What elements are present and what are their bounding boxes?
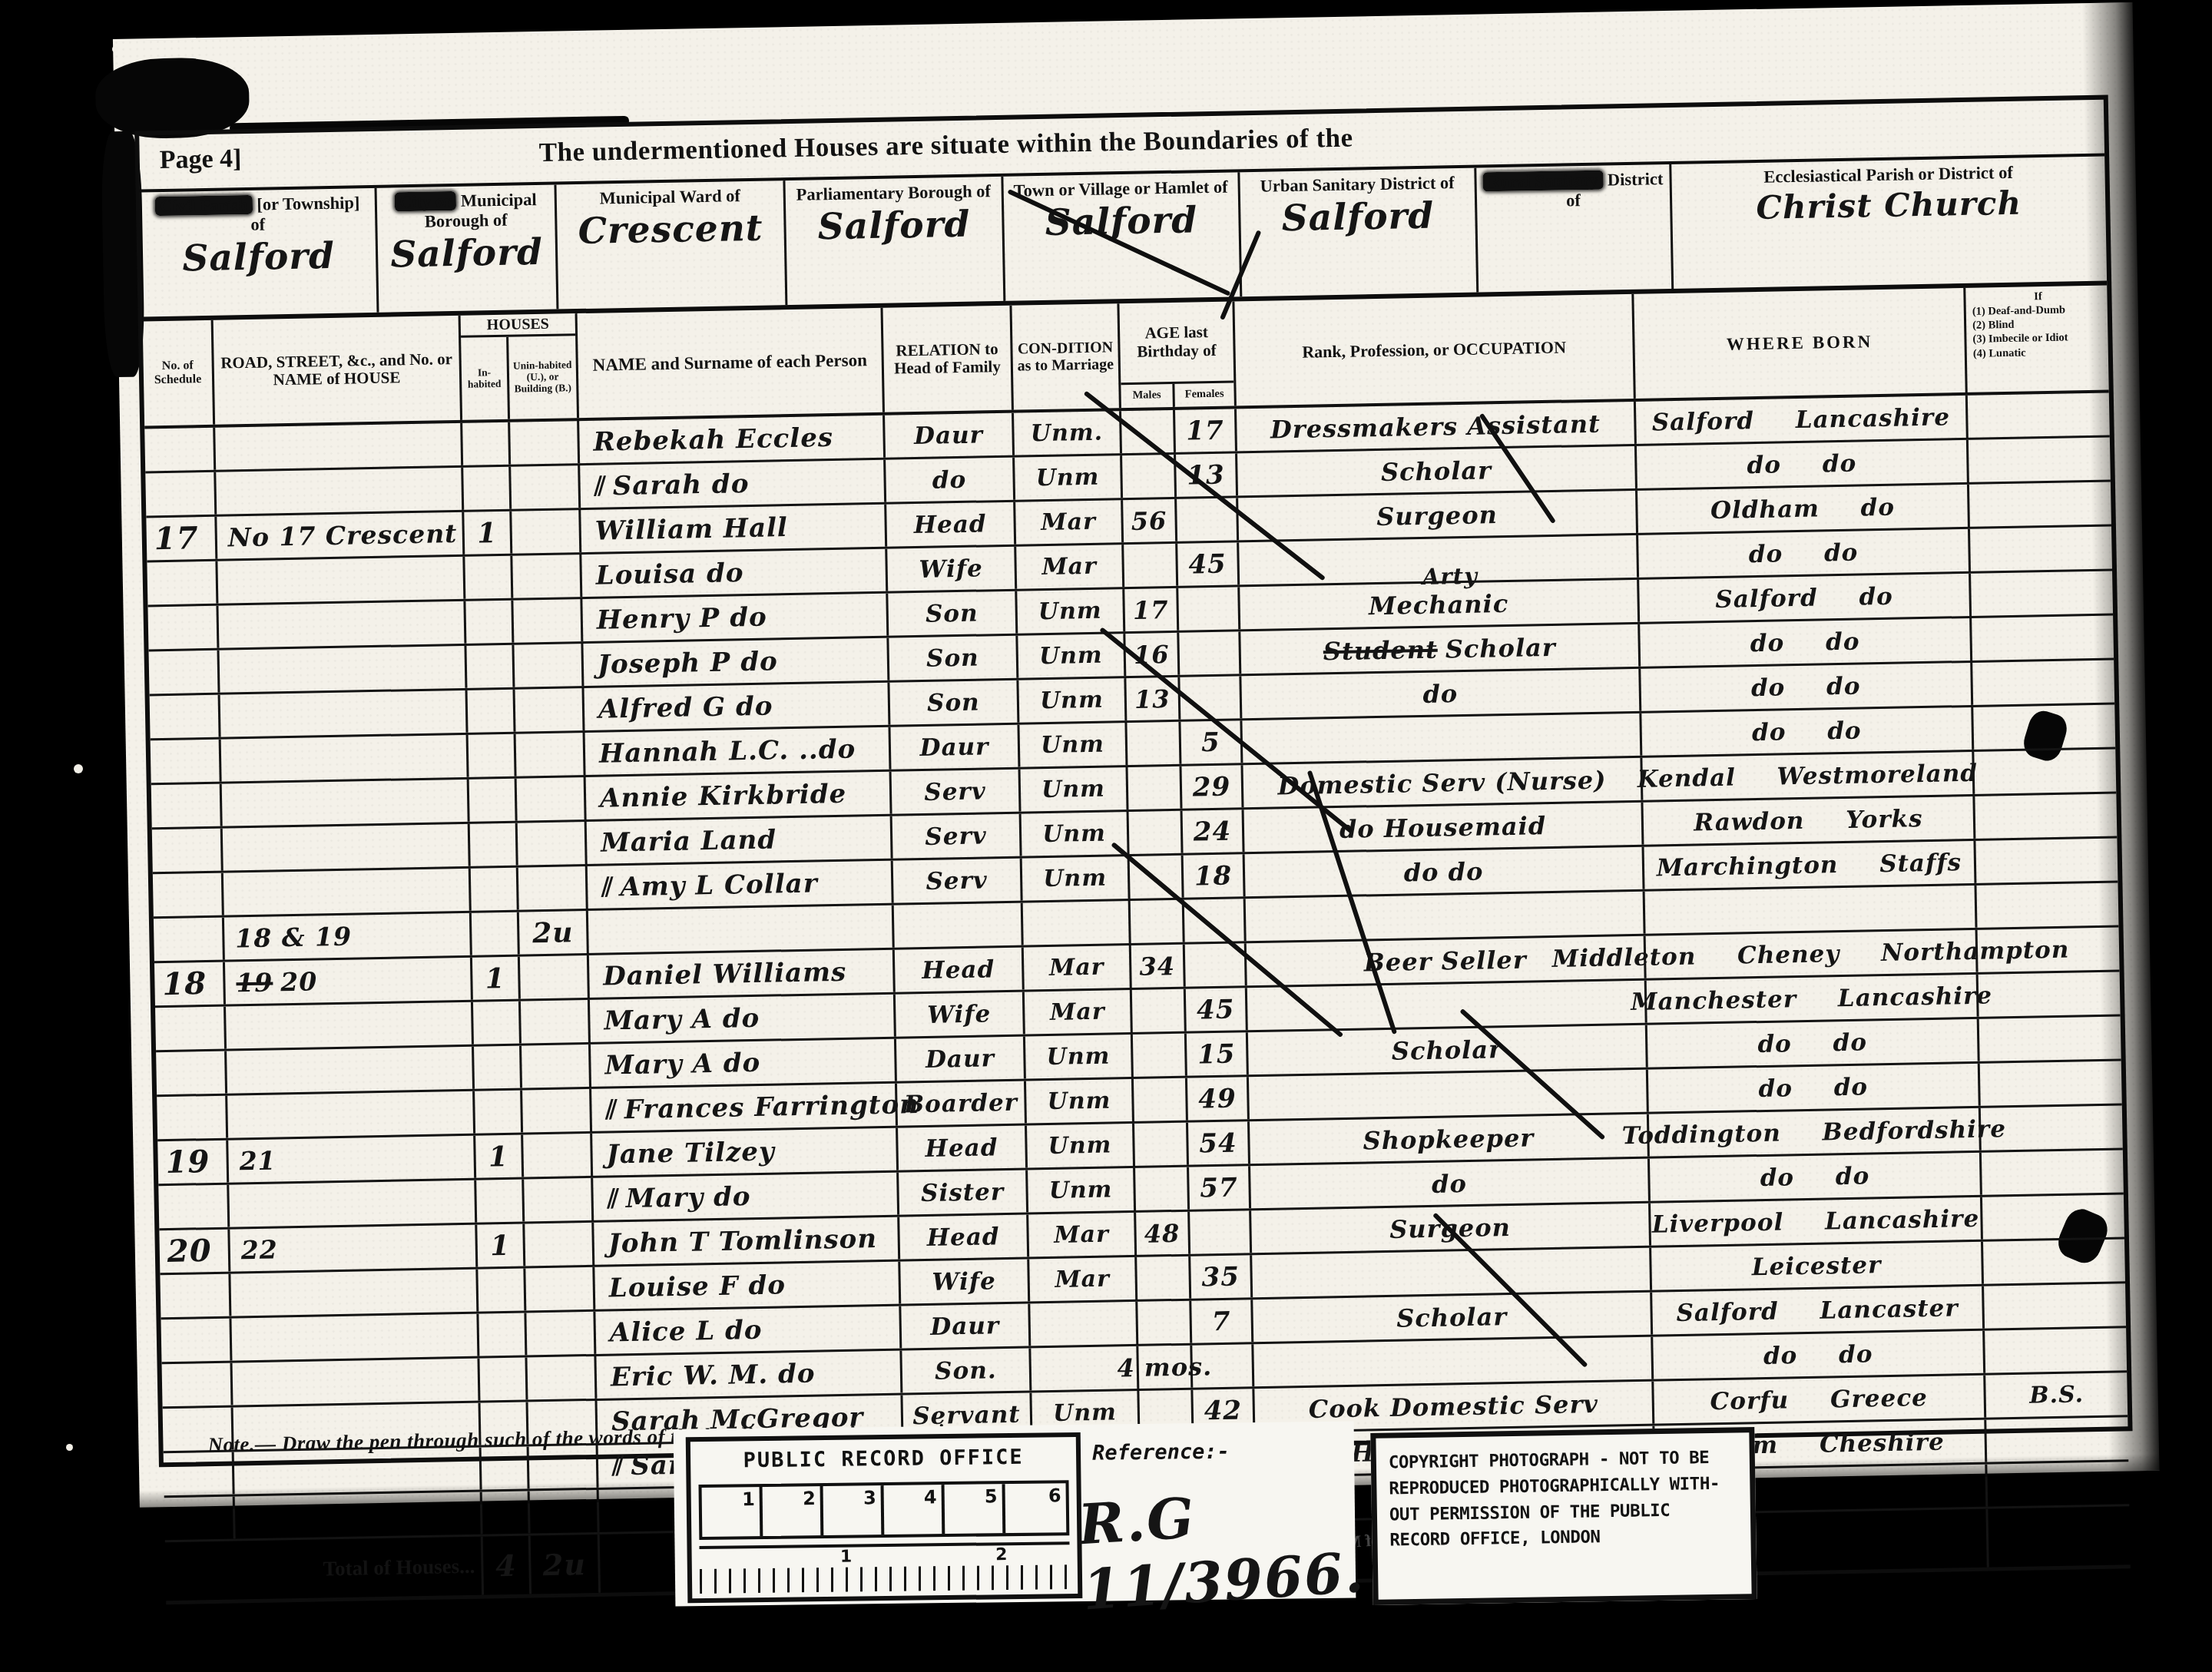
cell-relation: Daur [896, 1037, 1026, 1081]
cell-name: Maria Land [587, 816, 893, 864]
cell-where-born: do do [1647, 1019, 1980, 1068]
cell-name: Eric W. M. do [596, 1351, 902, 1399]
cell-inhabited [478, 1313, 527, 1356]
copyright-stamp-card: COPYRIGHT PHOTOGRAPH - NOT TO BE REPRODU… [1370, 1427, 1757, 1605]
cell-occupation [1242, 713, 1642, 763]
cell-condition: Unm [1026, 1079, 1134, 1124]
header-uninhabited: Unin-habited (U.), or Building (B.) [508, 336, 577, 419]
cell-name: William Hall [581, 505, 887, 552]
cell-road [229, 1180, 477, 1227]
district-cell-town-village: Town or Village or Hamlet of Salford [1003, 172, 1242, 301]
cell-schedule: 17 [146, 517, 217, 561]
cell-schedule: 20 [159, 1230, 230, 1273]
header-name: NAME and Surname of each Person [578, 308, 885, 418]
cell-relation: Boarder [897, 1081, 1027, 1126]
cell-condition: Mar [1016, 545, 1124, 589]
cell-road [227, 1091, 475, 1138]
cell-where-born: Middleton Cheney Northampton [1646, 930, 1979, 978]
cell-road [224, 869, 472, 915]
header-houses: HOUSES In-habited Unin-habited (U.), or … [461, 313, 579, 420]
cell-name: John T Tomlinson [594, 1217, 900, 1265]
cell-uninhabited [516, 733, 586, 776]
cell-occupation [1246, 892, 1646, 942]
cell-occupation: do [1241, 669, 1641, 719]
cell-inhabited [478, 1269, 526, 1312]
cell-where-born [1645, 886, 1978, 934]
cell-where-born: do do [1641, 707, 1974, 756]
cell-inhabited [462, 422, 511, 465]
cell-age-male [1133, 1034, 1187, 1077]
cell-uninhabited [511, 465, 581, 509]
cell-uninhabited [510, 421, 580, 465]
dust-speck [112, 46, 118, 52]
cell-inhabited [479, 1358, 528, 1401]
cell-condition: Unm [1017, 589, 1125, 634]
cell-uninhabited [513, 599, 583, 643]
cell-inhabited: 1 [464, 512, 512, 555]
cell-road [226, 1002, 474, 1049]
cell-relation: Head [895, 948, 1025, 992]
cell-name: Joseph P do [583, 638, 889, 686]
pro-stamp-card: PUBLIC RECORD OFFICE 1 2 3 4 5 6 1 2 Ref… [674, 1422, 1356, 1607]
cell-age-female: 24 [1183, 810, 1245, 853]
cell-where-born: do do [1648, 1064, 1981, 1112]
district-cell-parliamentary-borough: Parliamentary Borough of Salford [785, 177, 1005, 305]
cell-occupation [1253, 1337, 1654, 1387]
cell-relation: Head [886, 502, 1016, 547]
district-cell-civil-parish: Civil Parish [or Township] of Salford [141, 188, 379, 317]
cell-road [216, 468, 464, 515]
cell-uninhabited [522, 1045, 591, 1088]
enumerator-tick: ⫽ [612, 1451, 625, 1482]
cell-where-born: Corfu Greece [1654, 1376, 1986, 1424]
district-value: Salford [384, 230, 550, 276]
cell-road: No 17 Crescent [217, 512, 465, 559]
cell-age-female: 5 [1181, 720, 1243, 763]
cell-inhabited [469, 779, 518, 822]
cell-road [222, 780, 470, 826]
cell-occupation: do Housemaid [1244, 803, 1644, 853]
cell-road: 22 [230, 1225, 478, 1272]
cell-where-born: Liverpool Lancashire [1651, 1197, 1983, 1246]
cell-age-female [1184, 899, 1247, 942]
ruler-centimetres: 1 2 3 4 5 6 [699, 1480, 1070, 1540]
cell-schedule [152, 829, 224, 872]
header-females: Females [1174, 382, 1234, 406]
cell-age-male [1124, 544, 1178, 587]
cell-relation: Head [899, 1215, 1029, 1260]
header-inhabited: In-habited [461, 337, 510, 420]
cell-schedule [151, 784, 223, 828]
enumerator-tick: ⫽ [594, 471, 607, 502]
cell-schedule [149, 651, 220, 694]
ruler-inches: 1 2 [699, 1541, 1070, 1594]
cell-occupation: ArtyMechanic [1240, 580, 1640, 630]
cell-condition: Unm [1028, 1168, 1136, 1213]
cell-schedule [155, 1007, 227, 1051]
cell-name: Jane Tilzey [592, 1128, 899, 1176]
cell-age-male [1131, 900, 1185, 943]
cell-relation: Wife [900, 1260, 1030, 1304]
cell-age-female [1179, 631, 1241, 674]
cell-age-female: 18 [1184, 854, 1246, 897]
cell-relation: Son [888, 591, 1018, 636]
cell-name: Louise F do [594, 1262, 901, 1309]
cell-occupation: Dressmakers Assistant [1237, 402, 1637, 452]
cell-where-born: Manchester Lancashire [1647, 975, 1979, 1023]
page-number-label: Page 4] [159, 144, 241, 175]
cell-road [221, 735, 469, 782]
cell-where-born: Salford do [1639, 574, 1972, 622]
census-form: Page 4] The undermentioned Houses are si… [134, 95, 2132, 1468]
cell-occupation: do do [1245, 847, 1645, 897]
copyright-notice: COPYRIGHT PHOTOGRAPH - NOT TO BE REPRODU… [1376, 1432, 1750, 1554]
cell-schedule [162, 1363, 233, 1407]
cell-age-female: 35 [1190, 1255, 1253, 1298]
cell-condition: Unm [1025, 1035, 1134, 1079]
district-cell-rural-sanitary: Rural Sanitary District of [1476, 164, 1674, 293]
cell-name: Annie Kirkbride [586, 772, 892, 819]
cell-inhabited [473, 1002, 522, 1045]
cell-age-male [1135, 1167, 1190, 1210]
cell-inhabited [471, 868, 519, 911]
cell-road [231, 1314, 479, 1361]
cell-condition: Unm [1027, 1124, 1135, 1168]
cell-schedule [161, 1319, 232, 1362]
cell-name: Mary A do [591, 1039, 897, 1087]
cell-inhabited [474, 1046, 522, 1089]
cell-inhabited: 1 [477, 1224, 525, 1267]
cell-condition: Mar [1029, 1257, 1137, 1302]
cell-age-male [1134, 1123, 1189, 1166]
cell-road [233, 1359, 481, 1405]
cell-inhabited [470, 823, 518, 866]
cell-occupation: Shopkeeper [1250, 1114, 1650, 1164]
cell-road: 18 & 19 [224, 913, 472, 960]
inked-label-part: Civil Parish [155, 195, 253, 216]
cell-name: Rebekah Eccles [579, 416, 886, 463]
header-condition: CON-DITION as to Marriage [1012, 303, 1121, 410]
cell-age-male [1132, 989, 1187, 1032]
cell-schedule [147, 606, 219, 650]
cell-where-born: Kendal Westmoreland [1642, 752, 1975, 800]
cell-where-born: Salford Lancaster [1652, 1286, 1985, 1335]
cell-age-female: 49 [1187, 1077, 1250, 1120]
cell-relation: Wife [887, 547, 1017, 591]
district-value: Salford [147, 234, 370, 280]
cell-age-female [1178, 587, 1240, 630]
cell-age-male [1127, 722, 1181, 765]
cell-inhabited [466, 645, 515, 688]
cell-road [223, 824, 471, 871]
totals-empty-cell [1988, 1506, 2130, 1567]
total-houses-label: Total of Houses... [165, 1537, 484, 1601]
cell-age-female: 45 [1177, 542, 1240, 585]
cell-age-male: 48 [1136, 1212, 1190, 1255]
cell-name: Daniel Williams [589, 950, 896, 998]
cell-relation: do [886, 458, 1015, 502]
reference-number: R.G 11/3966. [1076, 1474, 1366, 1622]
cell-age-male: 34 [1131, 945, 1186, 988]
cell-uninhabited [526, 1312, 596, 1356]
cell-road: 1920 [225, 958, 473, 1005]
dust-speck [74, 764, 83, 773]
cell-schedule [158, 1185, 230, 1229]
cell-relation: Serv [892, 814, 1022, 859]
cell-name: Alfred G do [584, 683, 890, 730]
cell-age-female: 54 [1188, 1121, 1250, 1164]
enumerator-tick: ⫽ [601, 872, 614, 902]
census-page: 33 Page 4] The undermentioned Houses are… [113, 2, 2160, 1508]
cell-name: Mary A do [590, 995, 896, 1042]
cell-schedule: 18 [154, 962, 226, 1006]
ink-blotch [94, 57, 250, 140]
cell-where-born: do do [1638, 529, 1971, 578]
district-cell-municipal-ward: Municipal Ward of Crescent [556, 180, 787, 309]
cell-road [220, 646, 468, 693]
cell-where-born: Oldham do [1637, 485, 1970, 533]
cell-age-male: 17 [1124, 588, 1179, 631]
cell-relation [894, 903, 1024, 948]
header-males: Males [1121, 384, 1175, 408]
district-value: Christ Church [1678, 183, 2100, 228]
cell-occupation: Domestic Serv (Nurse) [1243, 758, 1643, 808]
cell-where-born: Salford Lancashire [1636, 396, 1969, 444]
cell-relation: Serv [892, 770, 1022, 814]
cell-inhabited [468, 690, 516, 733]
cell-name: ⫽Mary do [593, 1173, 899, 1220]
cell-where-born: do do [1640, 618, 1972, 667]
district-cell-municipal-borough: City or Municipal Borough of Salford [377, 185, 559, 313]
cell-age-male: 56 [1123, 499, 1177, 542]
cell-uninhabited [527, 1356, 597, 1400]
cell-occupation: Scholar [1248, 1025, 1648, 1075]
cell-age-male [1129, 811, 1184, 854]
cell-inhabited [475, 1091, 523, 1134]
cell-schedule [156, 1051, 227, 1095]
cell-relation: Daur [890, 725, 1020, 770]
cell-name: ⫽Sarah do [580, 460, 886, 508]
cell-road [227, 1047, 475, 1094]
cell-occupation: StudentScholar [1240, 624, 1641, 674]
cell-relation: Head [898, 1126, 1028, 1170]
cell-schedule [151, 740, 222, 783]
cell-road [220, 690, 469, 737]
table-body: Rebekah Eccles Daur Unm. 17 Dressmakers … [144, 393, 2129, 1543]
cell-relation: Son [889, 680, 1019, 725]
cell-occupation: Scholar [1253, 1293, 1653, 1343]
cell-where-born: do do [1653, 1331, 1985, 1379]
cell-name: Louisa do [581, 549, 888, 597]
cell-relation: Son. [902, 1348, 1031, 1392]
cell-condition: Mar [1024, 945, 1132, 990]
dust-speck [66, 1444, 73, 1451]
cell-condition: Mar [1028, 1213, 1137, 1257]
cell-road: 21 [228, 1136, 476, 1183]
cell-name [588, 906, 895, 953]
cell-where-born: Leicester [1651, 1242, 1984, 1290]
cell-occupation: Surgeon [1238, 491, 1638, 541]
cell-uninhabited [512, 510, 581, 554]
cell-age-female [1192, 1344, 1254, 1387]
cell-relation: Sister [899, 1170, 1028, 1215]
header-age: AGE last Birthday of Males Females [1119, 301, 1236, 408]
pro-office-title: PUBLIC RECORD OFFICE [690, 1437, 1076, 1473]
cell-inhabited [476, 1180, 525, 1223]
cell-relation: Daur [901, 1303, 1031, 1348]
cell-age-female: 17 [1175, 409, 1237, 452]
cell-where-born: do do [1637, 440, 1969, 488]
cell-age-male [1137, 1256, 1191, 1300]
cell-relation: Wife [896, 992, 1025, 1037]
cell-age-male: 4 mos. [1138, 1346, 1193, 1389]
cell-age-male [1121, 410, 1176, 453]
cell-where-born: do do [1641, 663, 1973, 711]
cell-schedule [150, 695, 221, 739]
cell-condition: Mar [1015, 500, 1124, 545]
cell-road [215, 423, 463, 470]
cell-condition: Unm [1021, 767, 1129, 812]
cell-uninhabited: 2u [519, 911, 589, 955]
cell-name: ⫽Frances Farrington [591, 1084, 898, 1131]
cell-relation: Son [889, 636, 1018, 680]
header-occupation: Rank, Profession, or OCCUPATION [1234, 294, 1635, 406]
cell-inhabited: 1 [475, 1135, 524, 1178]
cell-where-born: Rawdon Yorks [1643, 796, 1975, 845]
cell-condition: Unm [1022, 812, 1130, 856]
cell-schedule [160, 1274, 231, 1318]
cell-occupation [1252, 1248, 1652, 1298]
cell-uninhabited [517, 777, 587, 821]
cell-condition [1023, 901, 1131, 945]
cell-age-male [1128, 766, 1183, 810]
inserted-word: Arty [1422, 563, 1479, 590]
cell-where-born: do do [1650, 1153, 1982, 1201]
cell-relation: Daur [885, 413, 1015, 458]
cell-uninhabited [525, 1223, 594, 1266]
total-houses-uninhabited: 2u [531, 1535, 601, 1594]
cell-name: Alice L do [595, 1306, 902, 1354]
cell-name: ⫽Amy L Collar [588, 861, 894, 909]
cell-condition: Unm [1018, 634, 1126, 678]
cell-schedule: 19 [157, 1141, 229, 1184]
cell-occupation: do [1250, 1159, 1651, 1209]
inked-label-part: City or [395, 191, 457, 211]
cell-schedule [144, 428, 216, 472]
cell-inhabited [469, 734, 517, 777]
cell-condition: Unm [1015, 455, 1123, 500]
cell-age-male [1137, 1301, 1192, 1344]
cell-age-female: 57 [1189, 1166, 1251, 1209]
cell-uninhabited [523, 1134, 593, 1177]
total-houses-inhabited: 4 [483, 1535, 531, 1594]
cell-schedule [145, 472, 217, 516]
cell-relation: Serv [893, 859, 1023, 903]
enumerator-tick: ⫽ [607, 1184, 620, 1214]
cell-where-born: Toddington Bedfordshire [1649, 1108, 1982, 1157]
cell-age-female: 15 [1187, 1032, 1249, 1075]
enumerator-tick: ⫽ [605, 1094, 618, 1125]
cell-age-male [1134, 1078, 1188, 1121]
cell-uninhabited [525, 1267, 595, 1311]
cell-condition: Unm [1018, 678, 1127, 723]
district-cell-urban-sanitary: Urban Sanitary District of Salford [1240, 168, 1479, 297]
cell-road [217, 557, 465, 604]
cell-road [230, 1270, 478, 1316]
cell-uninhabited [524, 1178, 594, 1222]
reference-label: Reference:- [1092, 1440, 1230, 1465]
cell-age-female: 29 [1181, 765, 1243, 808]
inked-label-part: Rural Sanitary [1483, 171, 1604, 192]
cell-uninhabited [518, 822, 588, 866]
header-where-born: WHERE BORN [1634, 288, 1967, 399]
form-title: The undermentioned Houses are situate wi… [538, 123, 1353, 168]
cell-schedule [157, 1096, 228, 1140]
cell-condition: Unm [1022, 856, 1131, 901]
cell-age-female [1190, 1210, 1252, 1253]
cell-occupation: Scholar [1237, 446, 1637, 496]
cell-uninhabited [512, 555, 582, 598]
district-value: Salford [792, 203, 996, 249]
header-schedule: No. ofSchedule [143, 320, 215, 426]
cell-inhabited [472, 912, 520, 955]
cell-uninhabited [515, 688, 585, 732]
cell-uninhabited [520, 955, 590, 999]
cell-age-female: 7 [1191, 1300, 1253, 1343]
district-cell-ecclesiastical-parish: Ecclesiastical Parish or District of Chr… [1671, 157, 2107, 289]
cell-uninhabited [518, 866, 588, 910]
cell-name: Hannah L.C. ..do [585, 727, 892, 775]
cell-inhabited: 1 [472, 957, 521, 1000]
cell-inhabited [465, 601, 514, 644]
header-relation: RELATION to Head of Family [882, 306, 1013, 412]
cell-road [218, 601, 466, 648]
district-value: Salford [1247, 194, 1469, 240]
cell-where-born: Marchington Staffs [1644, 841, 1977, 889]
cell-uninhabited [514, 644, 584, 687]
census-table: No. ofSchedule ROAD, STREET, &c., and No… [143, 286, 2131, 1605]
cell-condition: Unm. [1014, 411, 1122, 455]
pro-scale-box: PUBLIC RECORD OFFICE 1 2 3 4 5 6 1 2 [686, 1432, 1083, 1603]
district-value: Crescent [563, 207, 778, 253]
cell-schedule [154, 918, 225, 962]
cell-name: Henry P do [582, 594, 889, 641]
cell-schedule [147, 561, 218, 605]
cell-uninhabited [522, 1089, 592, 1133]
cell-schedule [153, 873, 224, 917]
cell-inhabited [463, 467, 512, 510]
cell-age-female: 45 [1186, 988, 1248, 1031]
header-road: ROAD, STREET, &c., and No. or NAME of HO… [214, 316, 462, 425]
cell-condition: Unm [1019, 723, 1128, 767]
cell-condition [1030, 1302, 1138, 1346]
cell-condition: Mar [1025, 990, 1133, 1035]
cell-occupation [1249, 1070, 1649, 1120]
cell-inhabited [465, 556, 513, 599]
cell-uninhabited [521, 1000, 591, 1044]
